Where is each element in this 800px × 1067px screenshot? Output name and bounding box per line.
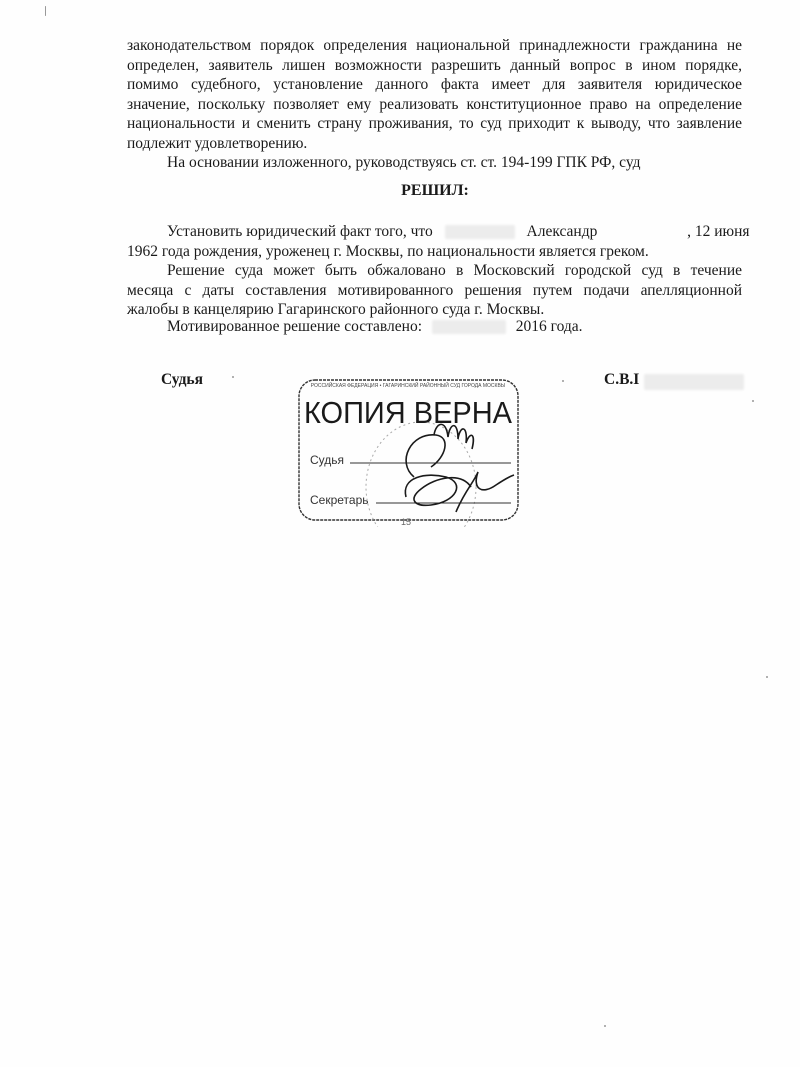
- stamp-judge-field: Судья: [310, 453, 344, 467]
- paragraph-basis: На основании изложенного, руководствуясь…: [127, 153, 742, 173]
- text-line: законодательством порядок определения на…: [127, 36, 742, 56]
- document-page: законодательством порядок определения на…: [0, 0, 800, 1067]
- text-line: Мотивированное решение составлено: 2016 …: [127, 317, 742, 337]
- birth-date: , 12 июня: [687, 223, 749, 240]
- paragraph-reasoning: законодательством порядок определения на…: [127, 36, 742, 153]
- text-line: Решение суда может быть обжаловано в Мос…: [127, 261, 742, 281]
- redacted-surname: [445, 225, 515, 239]
- text-line: месяца с даты составления мотивированног…: [127, 281, 742, 301]
- text-line: значение, поскольку позволяет ему реализ…: [127, 95, 742, 115]
- text-line: 1962 года рождения, уроженец г. Москвы, …: [127, 242, 742, 262]
- scan-speck: [604, 1025, 606, 1027]
- reasoned-year: 2016 года.: [516, 318, 583, 335]
- decision-prefix: Установить юридический факт того, что: [167, 223, 433, 240]
- text-line: национальности и сменить страну проживан…: [127, 114, 742, 134]
- text-line: определен, заявитель лишен возможности р…: [127, 56, 742, 76]
- text-line: Установить юридический факт того, что Ал…: [127, 222, 742, 242]
- paragraph-appeal: Решение суда может быть обжаловано в Мос…: [127, 261, 742, 320]
- scan-speck: [232, 376, 234, 378]
- text-line: На основании изложенного, руководствуясь…: [127, 153, 742, 173]
- stamp-border-text: РОССИЙСКАЯ ФЕДЕРАЦИЯ • ГАГАРИНСКИЙ РАЙОН…: [311, 381, 506, 389]
- judge-initials: С.В.І: [604, 371, 639, 389]
- scan-speck: [562, 380, 564, 382]
- handwritten-signature: [405, 424, 514, 512]
- stamp-graphic: РОССИЙСКАЯ ФЕДЕРАЦИЯ • ГАГАРИНСКИЙ РАЙОН…: [296, 377, 521, 527]
- seal-number: 15: [401, 517, 411, 527]
- stamp-title: КОПИЯ ВЕРНА: [304, 395, 512, 430]
- paragraph-reasoned-decision: Мотивированное решение составлено: 2016 …: [127, 317, 742, 337]
- certified-copy-stamp: РОССИЙСКАЯ ФЕДЕРАЦИЯ • ГАГАРИНСКИЙ РАЙОН…: [296, 377, 521, 527]
- scan-speck: [766, 676, 768, 678]
- redacted-date: [432, 320, 506, 334]
- scan-speck: [752, 400, 754, 402]
- redacted-judge-surname: [644, 374, 744, 390]
- person-name: Александр: [527, 223, 598, 240]
- redacted-patronymic: [609, 225, 679, 239]
- text-line: помимо судебного, установление данного ф…: [127, 75, 742, 95]
- decision-heading: РЕШИЛ:: [0, 182, 800, 200]
- scan-speck: [45, 6, 46, 16]
- reasoned-prefix: Мотивированное решение составлено:: [167, 318, 422, 335]
- judge-label: Судья: [161, 371, 203, 389]
- stamp-secretary-field: Секретарь: [310, 493, 369, 507]
- paragraph-decision: Установить юридический факт того, что Ал…: [127, 222, 742, 261]
- text-line: подлежит удовлетворению.: [127, 134, 742, 154]
